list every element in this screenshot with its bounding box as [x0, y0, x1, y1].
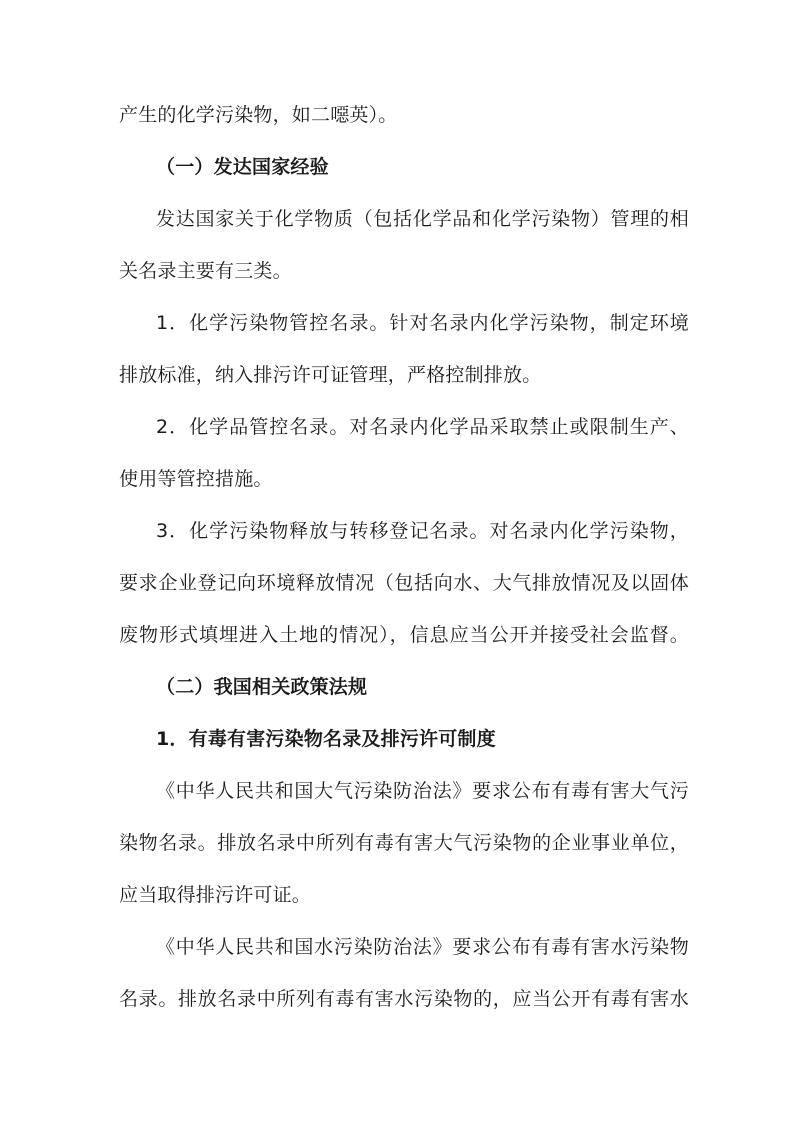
list-item-2-line: 2．化学品管控名录。对名录内化学品采取禁止或限制生产、: [156, 415, 689, 439]
section-heading-china-policy: （二）我国相关政策法规: [156, 675, 689, 699]
paragraph-line: 关名录主要有三类。: [119, 259, 689, 283]
paragraph-air-law-line: 应当取得排污许可证。: [119, 883, 689, 907]
list-item-3-line: 废物形式填埋进入土地的情况），信息应当公开并接受社会监督。: [119, 623, 689, 647]
paragraph-water-law-line: 名录。排放名录中所列有毒有害水污染物的，应当公开有毒有害水: [119, 987, 689, 1011]
paragraph-line: 发达国家关于化学物质（包括化学品和化学污染物）管理的相: [156, 207, 689, 231]
paragraph-line-continuation: 产生的化学污染物，如二噁英）。: [119, 103, 689, 127]
document-page: 产生的化学污染物，如二噁英）。 （一）发达国家经验 发达国家关于化学物质（包括化…: [0, 0, 793, 1122]
subsection-heading-toxic-list: 1．有毒有害污染物名录及排污许可制度: [156, 727, 689, 751]
list-item-3-line: 要求企业登记向环境释放情况（包括向水、大气排放情况及以固体: [119, 571, 689, 595]
paragraph-air-law-line: 《中华人民共和国大气污染防治法》要求公布有毒有害大气污: [156, 779, 689, 803]
section-heading-developed-countries: （一）发达国家经验: [156, 155, 689, 179]
list-item-1-line: 1．化学污染物管控名录。针对名录内化学污染物，制定环境: [156, 311, 689, 335]
paragraph-air-law-line: 染物名录。排放名录中所列有毒有害大气污染物的企业事业单位，: [119, 831, 689, 855]
list-item-3-line: 3．化学污染物释放与转移登记名录。对名录内化学污染物，: [156, 519, 689, 543]
list-item-2-line: 使用等管控措施。: [119, 467, 689, 491]
paragraph-water-law-line: 《中华人民共和国水污染防治法》要求公布有毒有害水污染物: [156, 935, 689, 959]
list-item-1-line: 排放标准，纳入排污许可证管理，严格控制排放。: [119, 363, 689, 387]
